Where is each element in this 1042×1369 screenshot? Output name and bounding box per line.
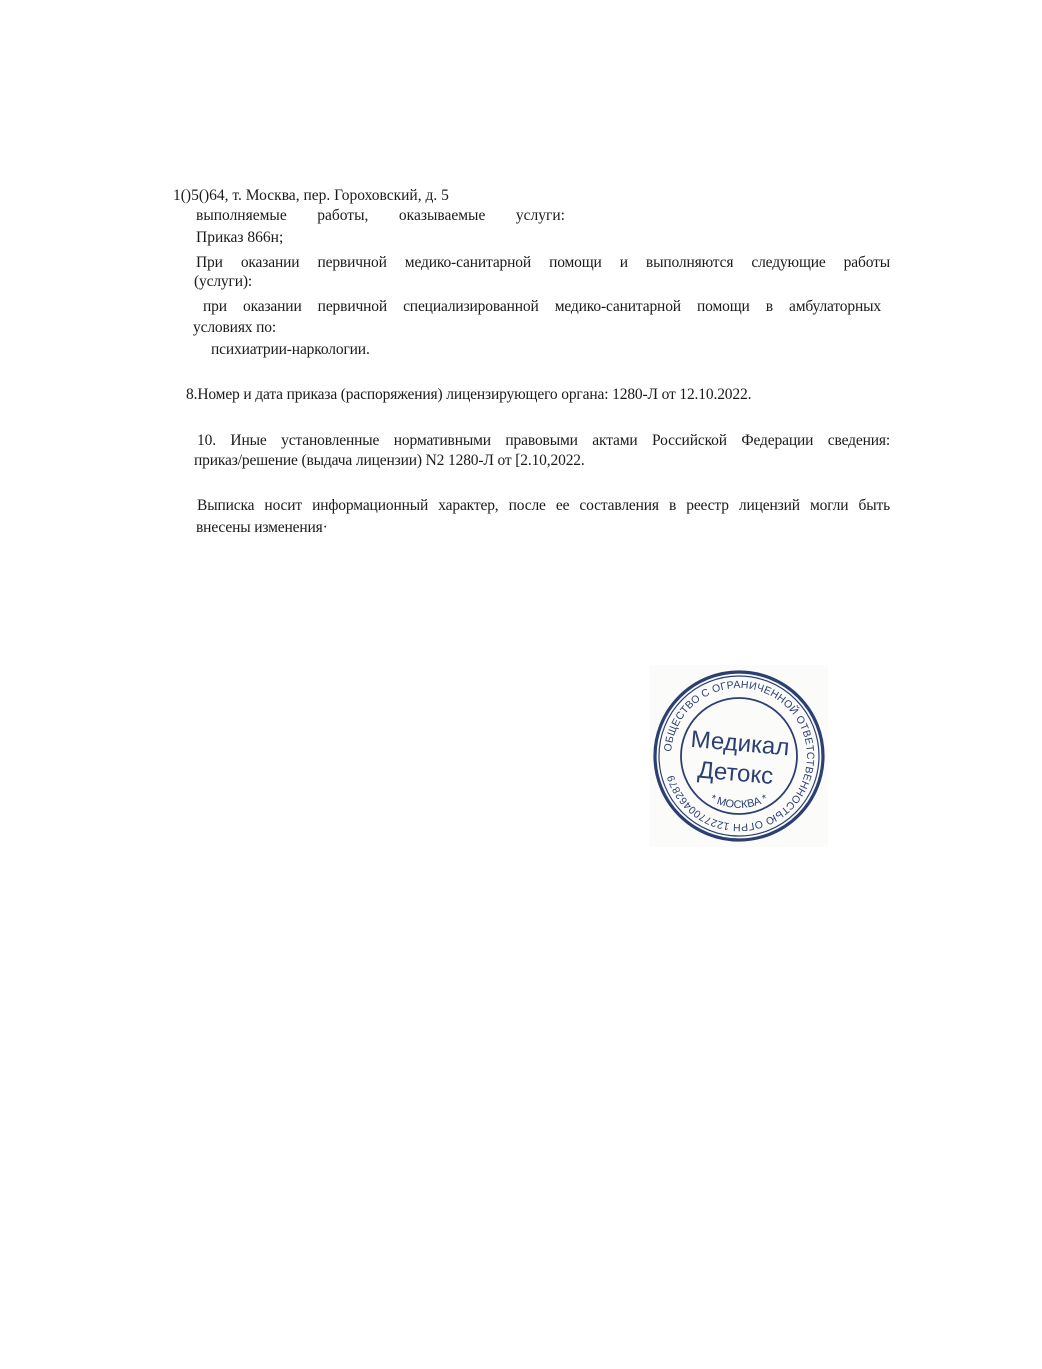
- item-10-line-1: 10. Иные установленные нормативными прав…: [197, 431, 890, 451]
- disclaimer-line-1: Выписка носит информационный характер, п…: [197, 496, 890, 516]
- order-866-line: Приказ 866н;: [196, 228, 283, 248]
- works-word-4: услуги:: [516, 206, 565, 226]
- specialized-care-line-1: при оказании первичной специализированно…: [203, 297, 881, 317]
- disclaimer-line-2: внесены изменения·: [196, 518, 328, 538]
- company-stamp: ОБЩЕСТВО С ОГРАНИЧЕННОЙ ОТВЕТСТВЕННОСТЬЮ…: [650, 665, 828, 847]
- primary-care-line-1: При оказании первичной медико-санитарной…: [196, 253, 890, 273]
- address-line: 1()5()64, т. Москва, пер. Гороховский, д…: [173, 186, 449, 206]
- works-word-1: выполняемые: [196, 206, 287, 226]
- stamp-company-name-line-2: Детокс: [697, 757, 775, 790]
- specialty-line: психиатрии-наркологии.: [211, 340, 370, 360]
- stamp-company-name-line-1: Медикал: [690, 726, 791, 762]
- item-10-line-2: приказ/решение (выдача лицензии) N2 1280…: [194, 451, 585, 471]
- primary-care-line-2: (услуги):: [194, 272, 252, 292]
- works-word-3: оказываемые: [399, 206, 485, 226]
- stamp-city-text: * МОСКВА *: [708, 792, 770, 811]
- specialized-care-line-2: условиях по:: [193, 318, 276, 338]
- item-8-order-number: 8.Номер и дата приказа (распоряжения) ли…: [186, 385, 751, 405]
- works-word-2: работы,: [317, 206, 368, 226]
- works-services-label: выполняемые работы, оказываемые услуги:: [196, 206, 565, 226]
